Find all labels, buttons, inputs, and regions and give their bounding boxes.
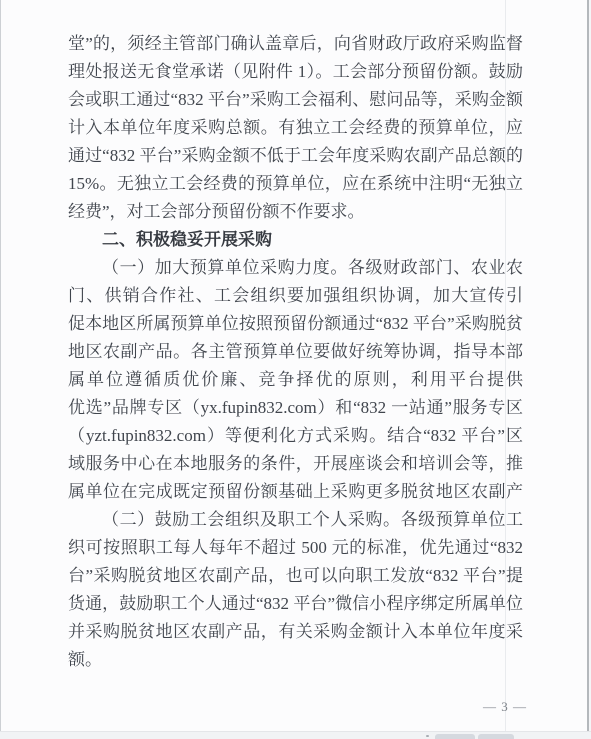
text-line: 额。 <box>68 646 523 674</box>
text-line: 属单位遵循质优价廉、竞争择优的原则，利用平台提供的“832 <box>68 366 523 394</box>
text-line: 经费”，对工会部分预留份额不作要求。 <box>68 198 523 226</box>
text-line: 15%。无独立工会经费的预算单位，应在系统中注明“无独立工会 <box>68 170 523 198</box>
page-number: — 3 — <box>470 699 540 715</box>
text-line: 理处报送无食堂承诺（见附件 1）。工会部分预留份额。鼓励工 <box>68 58 523 86</box>
text-line: （一）加大预算单位采购力度。各级财政部门、农业农村部 <box>68 254 523 282</box>
text-line: 台”采购脱贫地区农副产品，也可以向职工发放“832 平台”提 <box>68 562 523 590</box>
section-heading: 二、积极稳妥开展采购 <box>68 226 523 254</box>
text-line: 域服务中心在本地服务的条件，开展座谈会和培训会等，推动所 <box>68 450 523 478</box>
document-text: 堂”的，须经主管部门确认盖章后，向省财政厅政府采购监督管理处报送无食堂承诺（见附… <box>68 30 523 674</box>
text-line: 货通，鼓励职工个人通过“832 平台”微信小程序绑定所属单位 <box>68 590 523 618</box>
text-line: 通过“832 平台”采购金额不低于工会年度采购农副产品总额的 <box>68 142 523 170</box>
dock-chip-2[interactable] <box>478 734 514 739</box>
text-line: 地区农副产品。各主管预算单位要做好统筹协调，指导本部门所 <box>68 338 523 366</box>
text-line: 计入本单位年度采购总额。有独立工会经费的预算单位，应明确 <box>68 114 523 142</box>
text-line: 门、供销合作社、工会组织要加强组织协调，加大宣传引导，督 <box>68 282 523 310</box>
text-line: 织可按照职工每人每年不超过 500 元的标准，优先通过“832 平 <box>68 534 523 562</box>
text-line: 优选”品牌专区（yx.fupin832.com）和“832 一站通”服务专区 <box>68 394 523 422</box>
text-line: 并采购脱贫地区农副产品，有关采购金额计入本单位年度采购金 <box>68 618 523 646</box>
document-page: 堂”的，须经主管部门确认盖章后，向省财政厅政府采购监督管理处报送无食堂承诺（见附… <box>0 0 588 731</box>
scan-speck <box>426 735 429 737</box>
text-line: 促本地区所属预算单位按照预留份额通过“832 平台”采购脱贫 <box>68 310 523 338</box>
text-line: 堂”的，须经主管部门确认盖章后，向省财政厅政府采购监督管 <box>68 30 523 58</box>
text-line: 会或职工通过“832 平台”采购工会福利、慰问品等，采购金额 <box>68 86 523 114</box>
text-line: （yzt.fupin832.com）等便利化方式采购。结合“832 平台”区 <box>68 422 523 450</box>
text-line: （二）鼓励工会组织及职工个人采购。各级预算单位工会组 <box>68 506 523 534</box>
text-line: 属单位在完成既定预留份额基础上采购更多脱贫地区农副产品。 <box>68 478 523 506</box>
dock-chip-1[interactable] <box>435 734 475 739</box>
